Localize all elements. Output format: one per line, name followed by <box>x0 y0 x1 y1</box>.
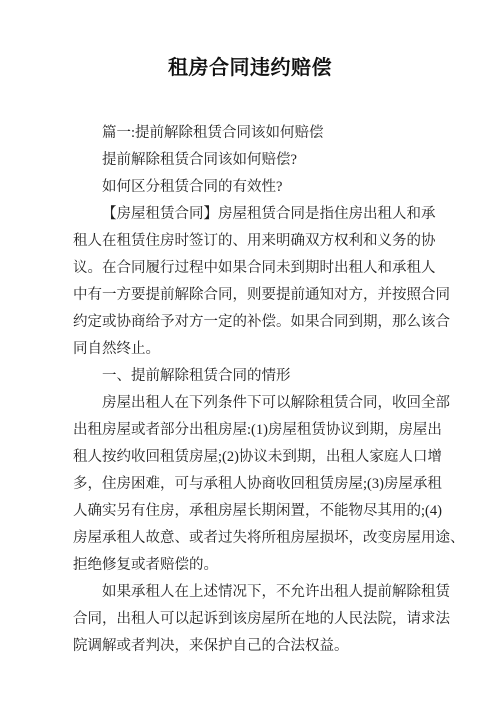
text-line: 中有一方要提前解除合同，则要提前通知对方，并按照合同 <box>73 282 460 309</box>
document-page: 租房合同违约赔偿 篇一:提前解除租赁合同该如何赔偿提前解除租赁合同该如何赔偿?如… <box>0 0 500 708</box>
text-line: 合同，出租人可以起诉到该房屋所在地的人民法院，请求法 <box>73 606 460 633</box>
text-line: 同自然终止。 <box>73 336 460 363</box>
text-line: 如何区分租赁合同的有效性? <box>73 174 460 201</box>
text-line: 租人在租赁住房时签订的、用来明确双方权利和义务的协 <box>73 228 460 255</box>
text-line: 拒绝修复或者赔偿的。 <box>73 552 460 579</box>
text-line: 出租房屋或者部分出租房屋:(1)房屋租赁协议到期，房屋出 <box>73 417 460 444</box>
document-body: 篇一:提前解除租赁合同该如何赔偿提前解除租赁合同该如何赔偿?如何区分租赁合同的有… <box>0 120 500 660</box>
text-line: 提前解除租赁合同该如何赔偿? <box>73 147 460 174</box>
text-line: 约定或协商给予对方一定的补偿。如果合同到期，那么该合 <box>73 309 460 336</box>
text-line: 人确实另有住房，承租房屋长期闲置，不能物尽其用的;(4) <box>73 498 460 525</box>
document-title: 租房合同违约赔偿 <box>0 0 500 80</box>
text-line: 【房屋租赁合同】房屋租赁合同是指住房出租人和承 <box>73 201 460 228</box>
text-line: 议。在合同履行过程中如果合同未到期时出租人和承租人 <box>73 255 460 282</box>
text-line: 多，住房困难，可与承租人协商收回租赁房屋;(3)房屋承租 <box>73 471 460 498</box>
text-line: 房屋承租人故意、或者过失将所租房屋损坏，改变房屋用途、 <box>73 525 460 552</box>
text-line: 租人按约收回租赁房屋;(2)协议未到期，出租人家庭人口增 <box>73 444 460 471</box>
text-line: 一、提前解除租赁合同的情形 <box>73 363 460 390</box>
text-line: 篇一:提前解除租赁合同该如何赔偿 <box>73 120 460 147</box>
text-line: 院调解或者判决，来保护自己的合法权益。 <box>73 633 460 660</box>
text-line: 如果承租人在上述情况下，不允许出租人提前解除租赁 <box>73 579 460 606</box>
text-line: 房屋出租人在下列条件下可以解除租赁合同，收回全部 <box>73 390 460 417</box>
